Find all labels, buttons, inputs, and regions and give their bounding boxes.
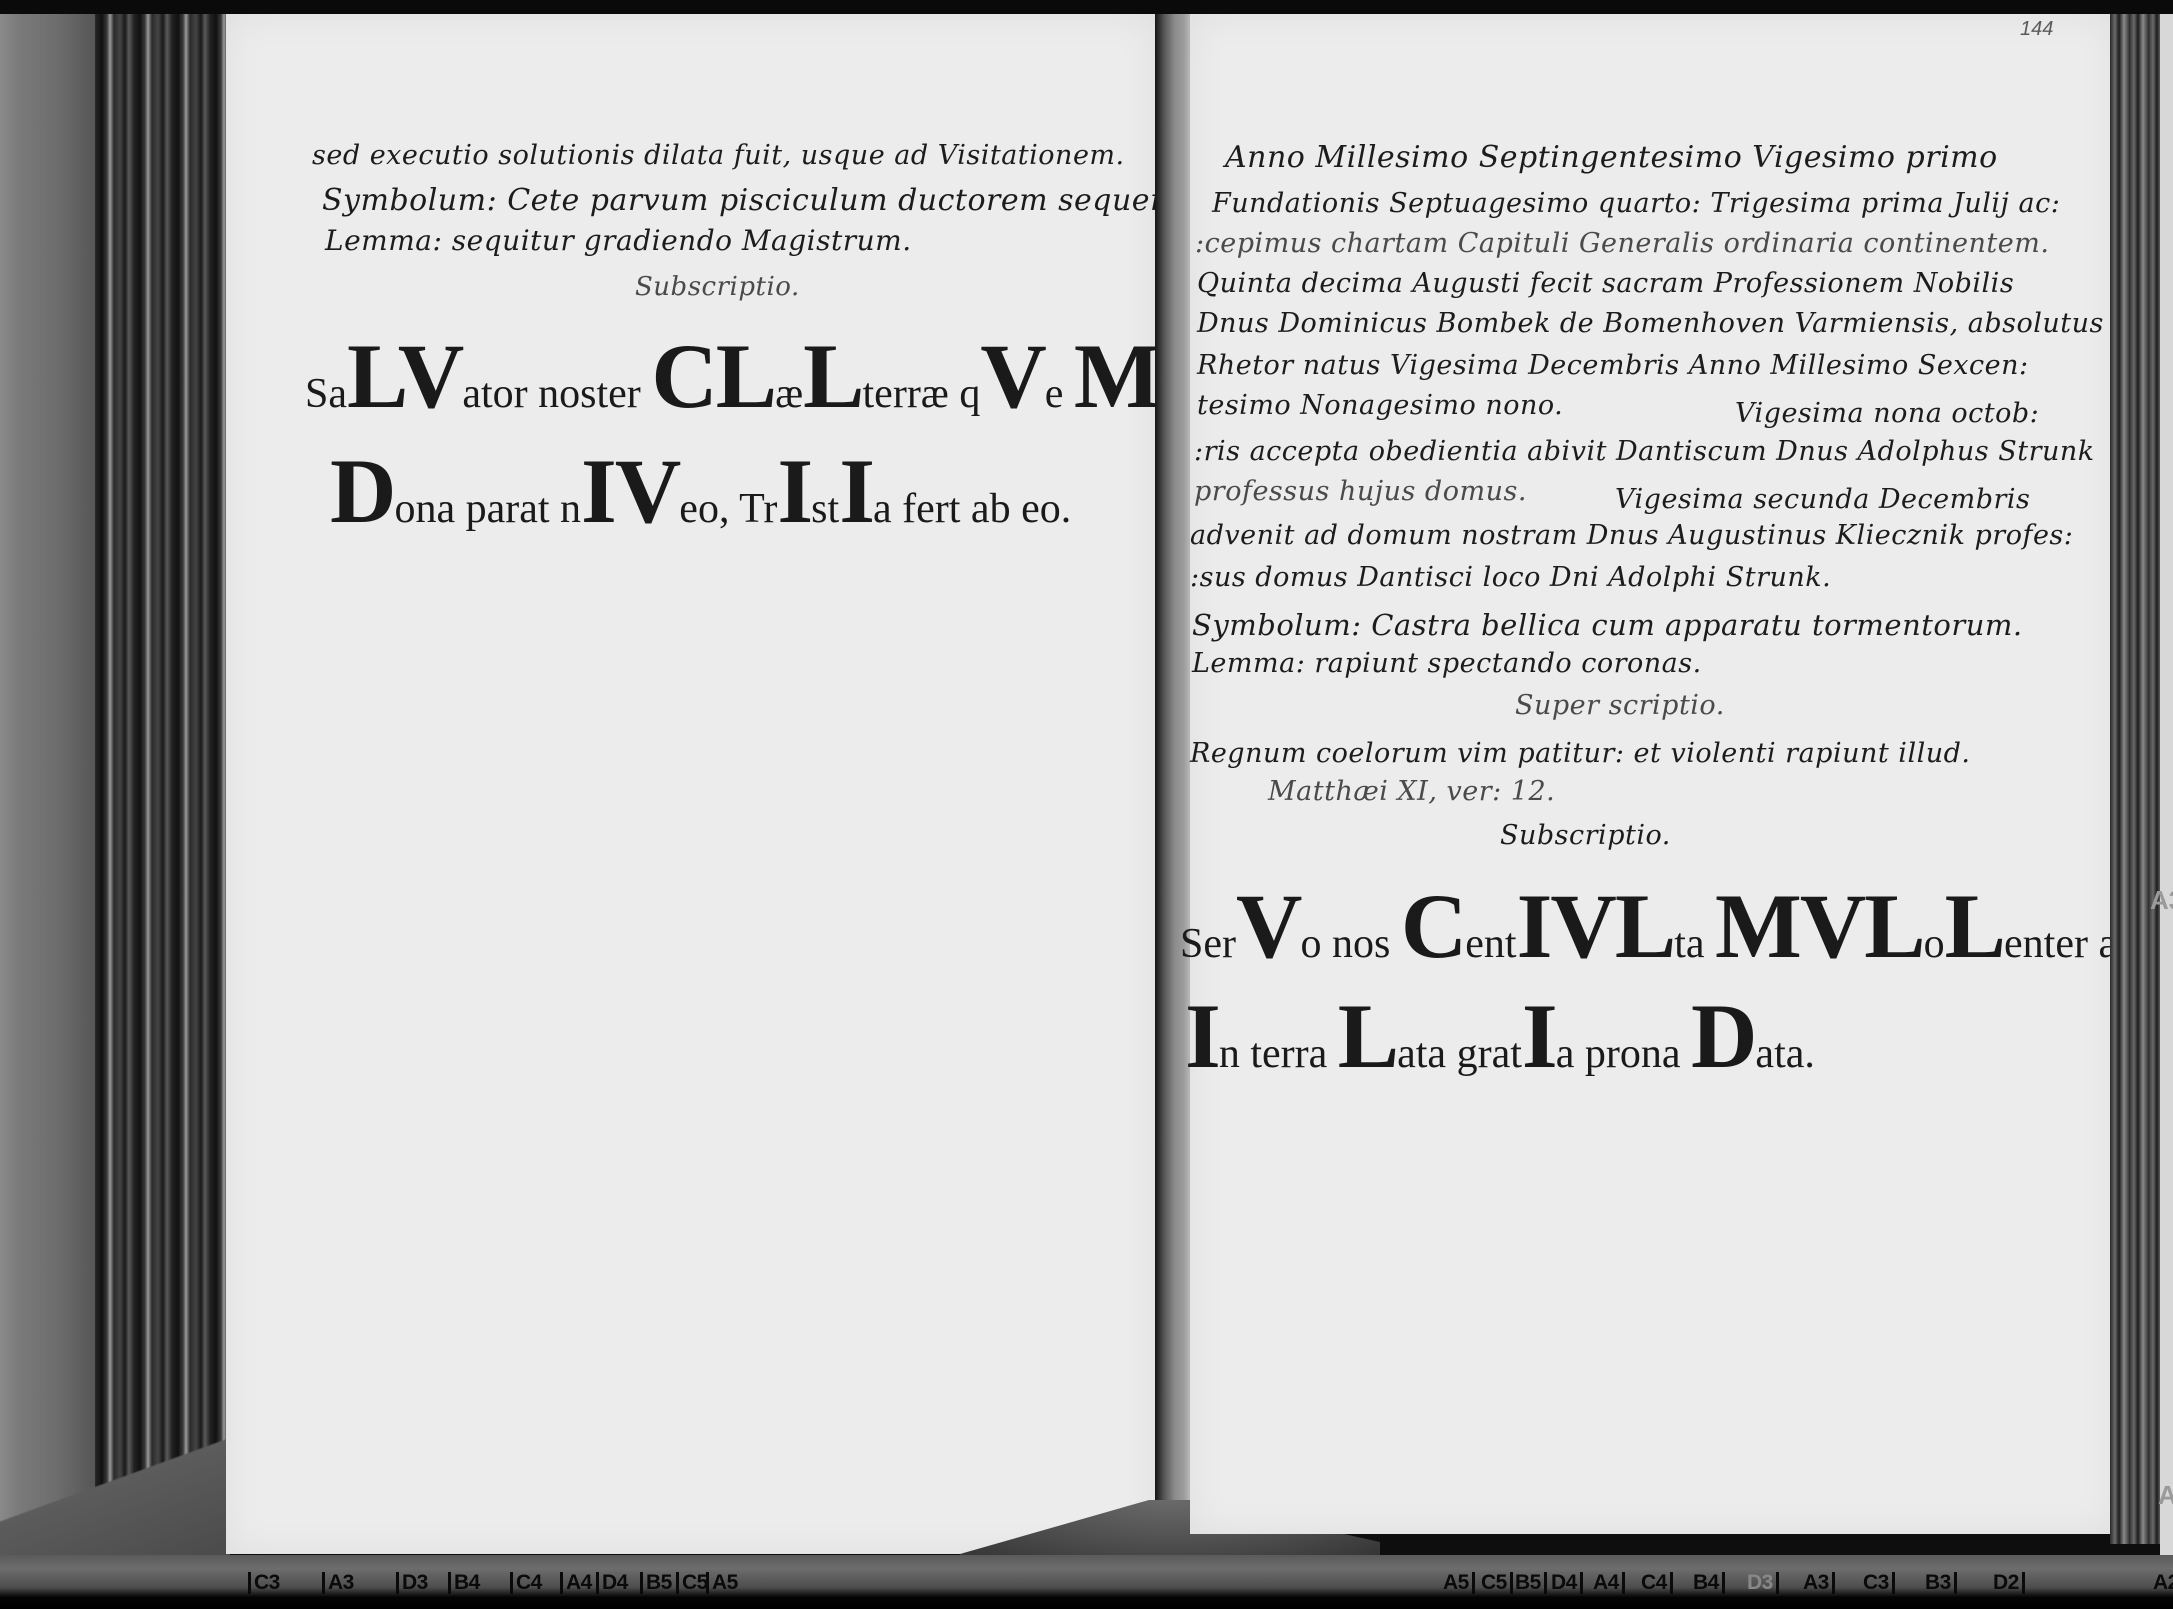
right-line-8: Vigesima nona octob: [1735,398,2039,429]
chronogram-numeral: I [1522,985,1556,1087]
right-line-symbolum: Symbolum: Castra bellica cum apparatu to… [1192,608,2023,642]
right-chronogram-line-1: SerVo nos CentIVLta MVLoLenter agentI [1180,880,2173,972]
chronogram-text: terræ q [863,371,981,417]
right-line-lemma: Lemma: rapiunt spectando coronas. [1192,648,1702,679]
microfilm-scan: sed executio solutionis dilata fuit, usq… [0,0,2173,1609]
chronogram-numeral: V [1236,875,1300,977]
chronogram-text: st [811,486,839,532]
target-strip-label: B5 [640,1572,672,1594]
book-gutter [1155,14,1191,1514]
target-strip-label: A4 [1590,1572,1625,1594]
left-line-lemma: Lemma: sequitur gradiendo Magistrum. [325,224,912,257]
chronogram-text: ator noster [462,371,651,417]
target-strip-label: B3 [1922,1572,1957,1594]
chronogram-text: e [1045,371,1074,417]
chronogram-numeral: I [839,440,873,542]
right-line-3: :cepimus chartam Capituli Generalis ordi… [1195,228,2049,259]
left-subscriptio-heading: Subscriptio. [635,272,800,302]
right-line-13: :sus domus Dantisci loco Dni Adolphi Str… [1190,562,1831,593]
chronogram-text: ent [1465,921,1516,967]
chronogram-text: o nos [1300,921,1400,967]
chronogram-numeral: D [330,440,394,542]
left-fore-edge [0,14,230,1559]
chronogram-text: a fert ab eo. [873,486,1071,532]
chronogram-numeral: IV [581,440,679,542]
target-strip-label: B4 [1690,1572,1725,1594]
chronogram-numeral: M [1074,325,1159,427]
target-strip-label: D3 [1744,1572,1779,1594]
target-strip-label: A5 [706,1572,738,1594]
right-line-2: Fundationis Septuagesimo quarto: Trigesi… [1212,188,2060,219]
chronogram-numeral: C [1401,875,1465,977]
right-line-9: :ris accepta obedientia abivit Dantiscum… [1194,436,2095,467]
right-line-5: Dnus Dominicus Bombek de Bomenhoven Varm… [1197,308,2104,339]
target-strip-label: A4 [560,1572,592,1594]
target-strip-label: C4 [510,1572,542,1594]
left-cover-edge [0,14,95,1559]
chronogram-numeral: MVL [1715,875,1924,977]
chronogram-text: ata. [1755,1031,1814,1077]
chronogram-numeral: V [980,325,1044,427]
target-strip-label: C3 [248,1572,280,1594]
margin-target-mark-lower: A [2158,1480,2173,1511]
target-strip-label: C3 [1860,1572,1895,1594]
right-line-1: Anno Millesimo Septingentesimo Vigesimo … [1225,140,1998,175]
right-line-12: advenit ad domum nostram Dnus Augustinus… [1190,520,2073,551]
target-strip-label: D4 [596,1572,628,1594]
target-strip-label: A3 [322,1572,354,1594]
chronogram-text: ata grat [1397,1031,1522,1077]
target-strip-label: A2 [2150,1572,2173,1594]
right-fore-edge [2110,14,2160,1544]
chronogram-text: eo, Tr [679,486,777,532]
right-subscriptio-heading: Subscriptio. [1500,820,1671,851]
target-strip-label: B5 [1512,1572,1547,1594]
left-floor-shadow [0,1439,230,1559]
chronogram-text: æ [775,371,803,417]
chronogram-text: ta [1674,921,1715,967]
right-chronogram-line-2: In terra Lata gratIa prona Data. [1185,990,1815,1082]
chronogram-numeral: L [1338,985,1397,1087]
right-superscriptio-heading: Super scriptio. [1515,690,1725,721]
chronogram-text: ona parat n [394,486,581,532]
right-line-4: Quinta decima Augusti fecit sacram Profe… [1197,268,2014,299]
right-film-margin [2160,14,2173,1559]
chronogram-text: n terra [1219,1031,1338,1077]
target-strip-label: D2 [1990,1572,2025,1594]
folio-number: 144 [2020,18,2053,41]
chronogram-numeral: IVL [1517,875,1675,977]
chronogram-text: Sa [305,371,347,417]
right-line-scripture: Regnum coelorum vim patitur: et violenti… [1190,738,1970,769]
right-line-6: Rhetor natus Vigesima Decembris Anno Mil… [1197,350,2029,381]
target-strip-label: A3 [1800,1572,1835,1594]
target-strip-label: C4 [1638,1572,1673,1594]
chronogram-text: a prona [1556,1031,1691,1077]
left-chronogram-line-2: Dona parat nIVeo, TrIstIa fert ab eo. [330,445,1071,537]
left-line-1: sed executio solutionis dilata fuit, usq… [312,140,1125,171]
margin-target-mark-upper: A3 [2150,885,2173,916]
target-strip-label: D3 [396,1572,428,1594]
right-line-7: tesimo Nonagesimo nono. [1197,390,1563,421]
chronogram-text: Ser [1180,921,1236,967]
chronogram-numeral: L [803,325,862,427]
chronogram-numeral: I [1185,985,1219,1087]
right-line-10: professus hujus domus. [1194,476,1527,507]
chronogram-numeral: I [777,440,811,542]
left-chronogram-line-1: SaLVator noster CLæLterræ qVe MagIster [305,330,1293,422]
target-strip-label: D4 [1548,1572,1583,1594]
left-line-symbolum: Symbolum: Cete parvum pisciculum ductore… [322,183,1196,218]
chronogram-numeral: L [1945,875,2004,977]
right-line-citation: Matthæi XI, ver: 12. [1268,776,1555,807]
chronogram-numeral: CL [651,325,775,427]
chronogram-numeral: LV [347,325,462,427]
chronogram-numeral: D [1691,985,1755,1087]
target-strip-label: B4 [448,1572,480,1594]
target-strip-label: A5 [1440,1572,1475,1594]
right-line-11: Vigesima secunda Decembris [1615,484,2030,515]
target-strip-label: C5 [1478,1572,1513,1594]
chronogram-text: o [1924,921,1945,967]
target-strip-label: C5 [676,1572,708,1594]
